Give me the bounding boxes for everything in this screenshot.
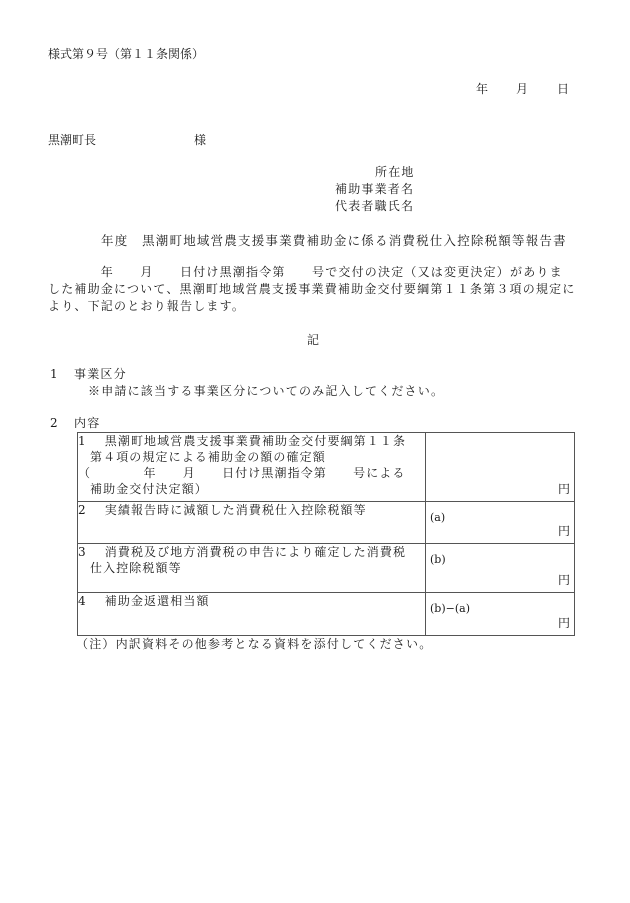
addressee-honorific: 様	[194, 133, 206, 148]
value-prefix: (a)	[430, 510, 445, 526]
date-month-label: 月	[516, 82, 528, 97]
amount-field-refund[interactable]: (b)−(a) 円	[426, 593, 575, 636]
address-label: 所在地	[375, 165, 415, 180]
row-label-line: （ 年 月 日付け黒潮指令第 号による	[78, 465, 425, 481]
section2-number: 2	[50, 416, 58, 431]
table-row: 4 補助金返還相当額 (b)−(a) 円	[78, 593, 575, 636]
row-label: 4 補助金返還相当額	[78, 593, 426, 636]
table-row: 2 実績報告時に減額した消費税仕入控除税額等 (a) 円	[78, 502, 575, 544]
amount-field-confirmed[interactable]: 円	[426, 433, 575, 502]
table-row: 1 黒潮町地域営農支援事業費補助金交付要綱第１１条 第４項の規定による補助金の額…	[78, 433, 575, 502]
table-row: 3 消費税及び地方消費税の申告により確定した消費税 仕入控除税額等 (b) 円	[78, 544, 575, 593]
body-line-1: 年 月 日付け黒潮指令第 号で交付の決定（又は変更決定）がありま	[48, 265, 563, 280]
document-title: 年度 黒潮町地域営農支援事業費補助金に係る消費税仕入控除税額等報告書	[101, 233, 567, 248]
business-name-label: 補助事業者名	[335, 182, 414, 197]
row-label-line: 2 実績報告時に減額した消費税仕入控除税額等	[78, 502, 425, 518]
yen-unit: 円	[558, 615, 570, 631]
footnote: （注）内訳資料その他参考となる資料を添付してください。	[76, 637, 432, 652]
row-label-line: 1 黒潮町地域営農支援事業費補助金交付要綱第１１条	[78, 433, 425, 449]
amount-field-a[interactable]: (a) 円	[426, 502, 575, 544]
row-label-line: 仕入控除税額等	[78, 560, 425, 576]
representative-label: 代表者職氏名	[335, 199, 414, 214]
row-label: 3 消費税及び地方消費税の申告により確定した消費税 仕入控除税額等	[78, 544, 426, 593]
row-label: 2 実績報告時に減額した消費税仕入控除税額等	[78, 502, 426, 544]
amount-field-b[interactable]: (b) 円	[426, 544, 575, 593]
row-label-line: 補助金交付決定額）	[78, 481, 425, 497]
addressee-name: 黒潮町長	[48, 133, 96, 148]
value-prefix: (b)−(a)	[430, 601, 470, 617]
yen-unit: 円	[558, 481, 570, 497]
ki-heading: 記	[307, 333, 319, 348]
value-prefix: (b)	[430, 552, 446, 568]
body-line-2: した補助金について、黒潮町地域営農支援事業費補助金交付要綱第１１条第３項の規定に	[48, 282, 576, 297]
section1-title: 事業区分	[74, 367, 127, 382]
row-label-line: 第４項の規定による補助金の額の確定額	[78, 449, 425, 465]
date-day-label: 日	[557, 82, 569, 97]
form-number: 様式第９号（第１１条関係）	[48, 47, 204, 62]
row-label-line: 4 補助金返還相当額	[78, 593, 425, 609]
date-year-label: 年	[476, 82, 488, 97]
section1-number: 1	[50, 367, 58, 382]
section1-note: ※申請に該当する事業区分についてのみ記入してください。	[88, 384, 444, 399]
yen-unit: 円	[558, 572, 570, 588]
content-table: 1 黒潮町地域営農支援事業費補助金交付要綱第１１条 第４項の規定による補助金の額…	[77, 432, 575, 636]
row-label: 1 黒潮町地域営農支援事業費補助金交付要綱第１１条 第４項の規定による補助金の額…	[78, 433, 426, 502]
body-line-3: より、下記のとおり報告します。	[48, 299, 245, 314]
section2-title: 内容	[74, 416, 100, 431]
row-label-line: 3 消費税及び地方消費税の申告により確定した消費税	[78, 544, 425, 560]
yen-unit: 円	[558, 523, 570, 539]
